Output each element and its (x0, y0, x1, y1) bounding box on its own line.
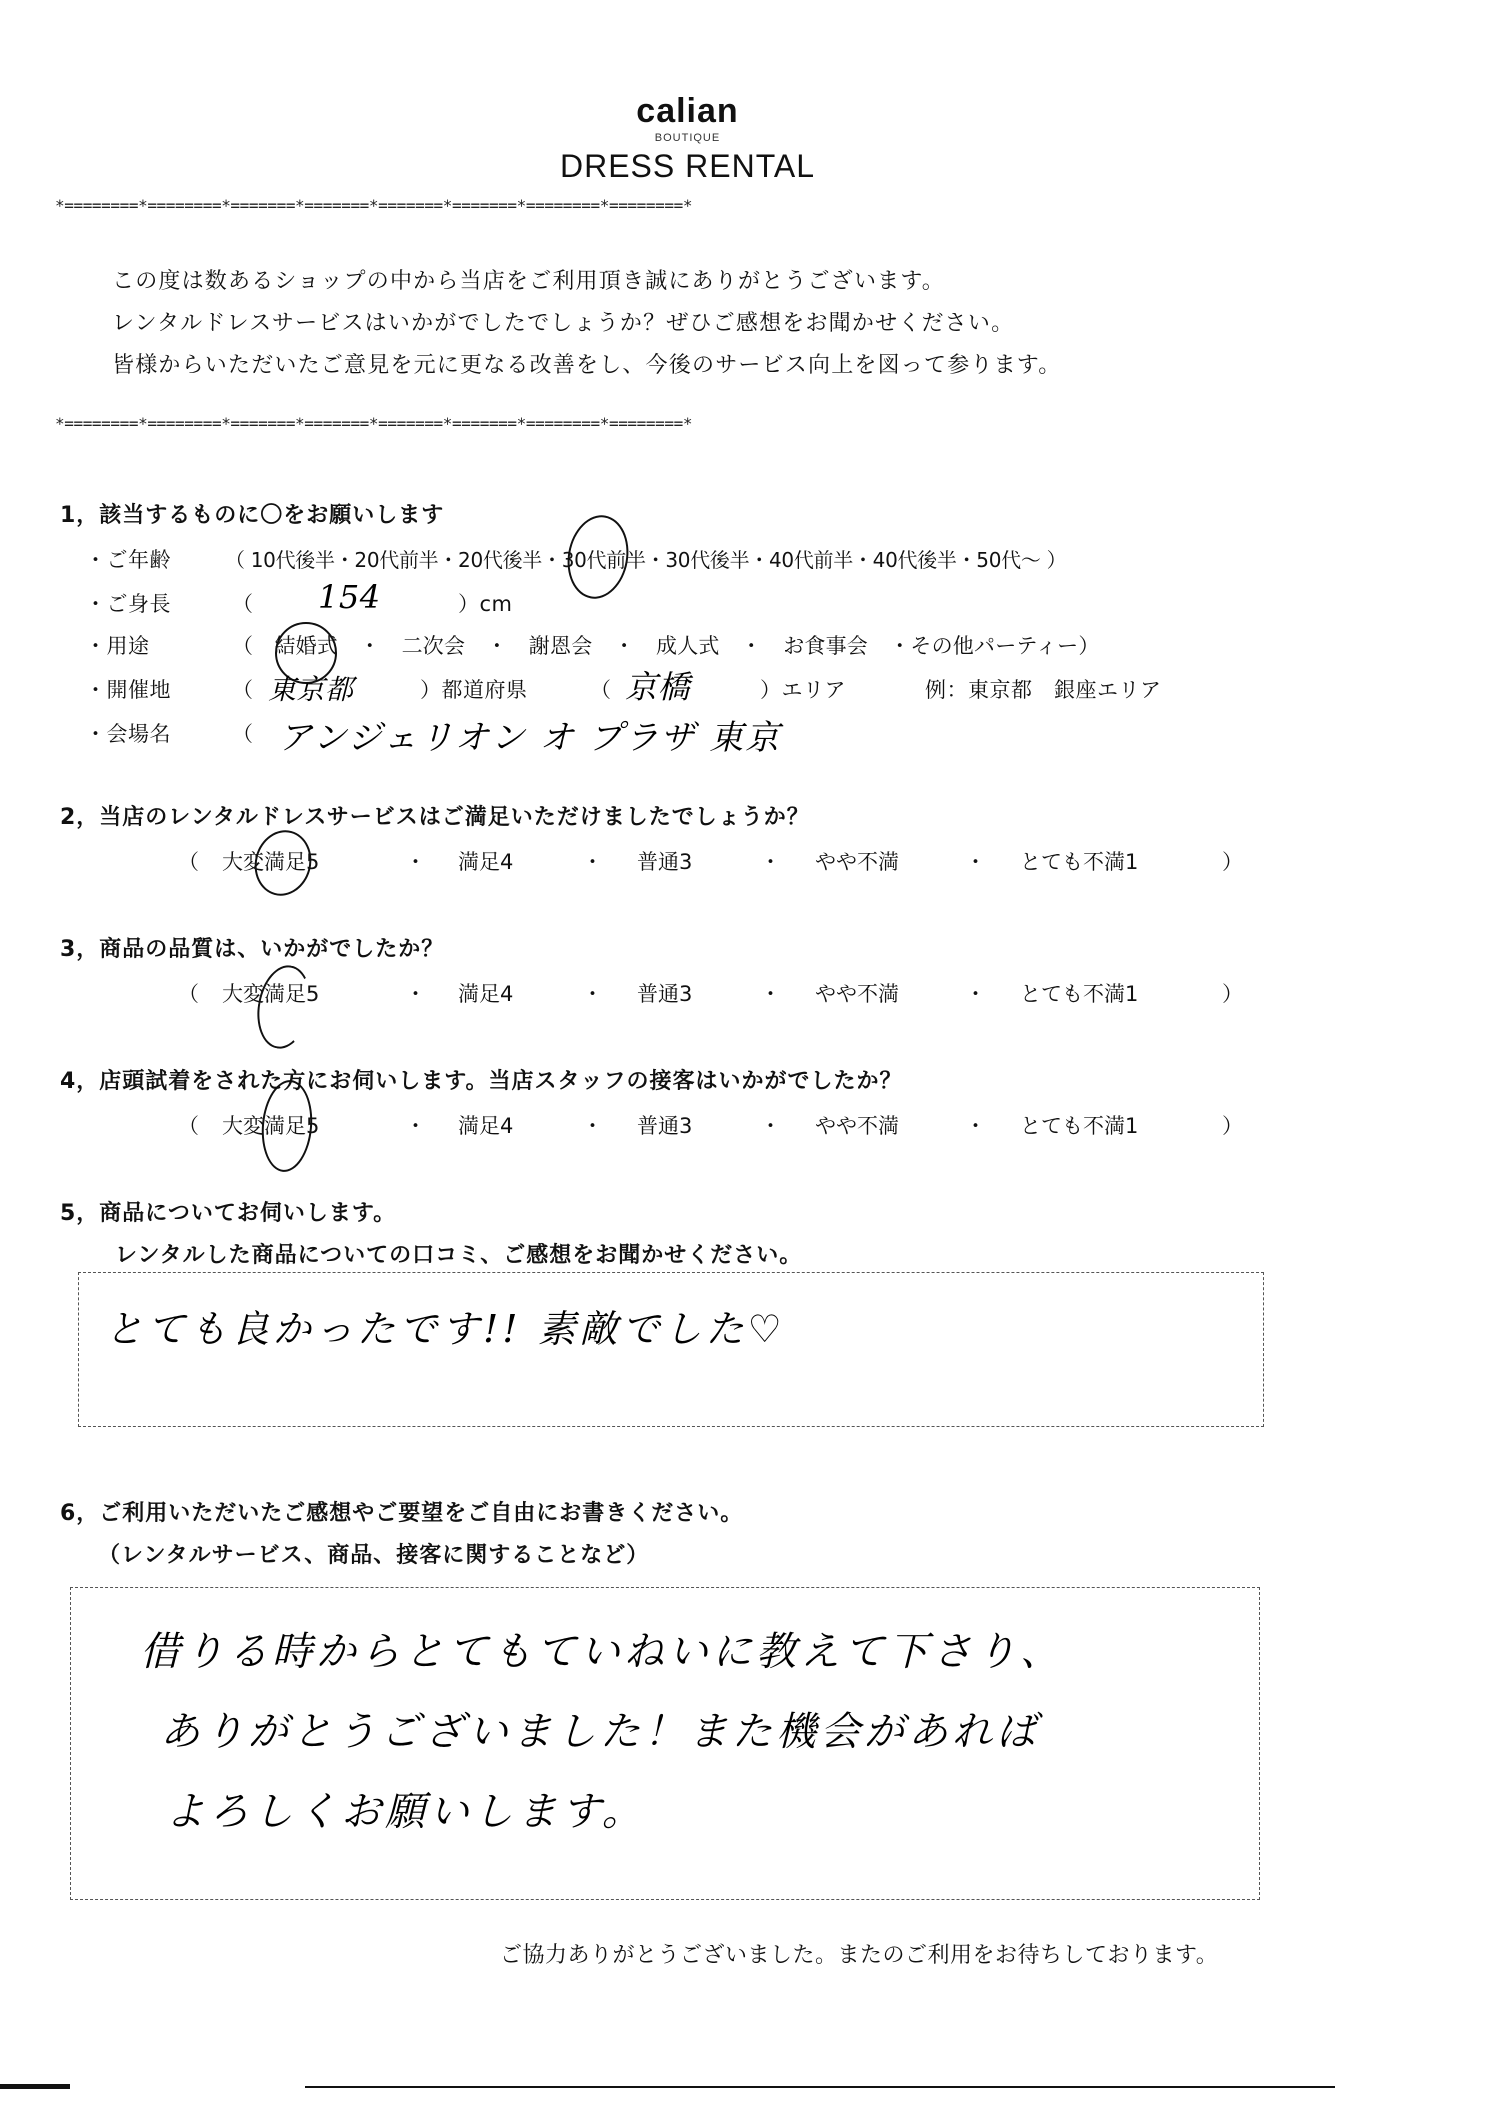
prefecture-suffix: ）都道府県 (420, 674, 528, 704)
rating-option-2[interactable]: やや不満 (815, 846, 899, 876)
age-label: ・ご年齢 (85, 544, 171, 574)
rating-option-1[interactable]: とても不満1 (1020, 978, 1138, 1008)
rating-option-2[interactable]: やや不満 (815, 978, 899, 1008)
intro-line-2: レンタルドレスサービスはいかがでしたでしょうか？ぜひご感想をお聞かせください。 (112, 306, 1014, 337)
rating-option-4[interactable]: 満足4 (458, 846, 513, 876)
purpose-options[interactable]: （ 結婚式 ・ 二次会 ・ 謝恩会 ・ 成人式 ・ お食事会 ・その他パーティー… (232, 630, 1100, 660)
q5-subtitle: レンタルした商品についての口コミ、ご感想をお聞かせください。 (115, 1238, 802, 1269)
q2-rating-row: （ 大変満足5 ・ 満足4 ・ 普通3 ・ やや不満 ・ とても不満1 ） (0, 846, 1500, 876)
brand-subtitle: BOUTIQUE (0, 132, 1375, 144)
q6-answer-line-2: ありがとうございました！また機会があれば (160, 1700, 1040, 1757)
scan-artifact-line (305, 2086, 1335, 2088)
q4-rating-row: （ 大変満足5 ・ 満足4 ・ 普通3 ・ やや不満 ・ とても不満1 ） (0, 1110, 1500, 1140)
rating-open-paren: （ (178, 1110, 199, 1140)
q3-rating-row: （ 大変満足5 ・ 満足4 ・ 普通3 ・ やや不満 ・ とても不満1 ） (0, 978, 1500, 1008)
rating-open-paren: （ (178, 846, 199, 876)
location-example: 例：東京都 銀座エリア (925, 674, 1162, 704)
area-value[interactable]: 京橋 (625, 662, 690, 708)
q2-selected-circle (247, 824, 318, 902)
height-label: ・ご身長 (85, 588, 171, 618)
rating-option-4[interactable]: 満足4 (458, 1110, 513, 1140)
height-open-paren: （ (232, 588, 254, 618)
separator: ・ (582, 846, 603, 876)
q6-answer-line-1: 借りる時からとてもていねいに教えて下さり、 (140, 1620, 1064, 1677)
q4-title: 4，店頭試着をされた方にお伺いします。当店スタッフの接客はいかがでしたか？ (60, 1064, 903, 1095)
separator: ・ (405, 1110, 426, 1140)
q6-subtitle: （レンタルサービス、商品、接客に関することなど） (98, 1538, 649, 1569)
scan-artifact (0, 2084, 70, 2089)
age-selected-circle (561, 510, 635, 603)
rating-close-paren: ） (1222, 978, 1243, 1008)
intro-line-1: この度は数あるショップの中から当店をご利用頂き誠にありがとうございます。 (112, 264, 945, 295)
q5-answer: とても良かったです!! 素敵でした♡ (105, 1298, 786, 1353)
location-open-paren: （ (232, 674, 254, 704)
height-value[interactable]: 154 (318, 578, 381, 616)
rating-option-3[interactable]: 普通3 (637, 978, 692, 1008)
area-open-paren: （ (590, 674, 612, 704)
divider-top: *========*========*=======*=======*=====… (55, 196, 1365, 215)
separator: ・ (405, 978, 426, 1008)
q1-title: 1，該当するものに〇をお願いします (60, 498, 444, 529)
q5-title: 5，商品についてお伺いします。 (60, 1196, 396, 1227)
rating-option-1[interactable]: とても不満1 (1020, 1110, 1138, 1140)
purpose-label: ・用途 (85, 630, 150, 660)
separator: ・ (965, 978, 986, 1008)
divider-bottom: *========*========*=======*=======*=====… (55, 414, 1365, 433)
footer-thanks: ご協力ありがとうございました。またのご利用をお待ちしております。 (500, 1938, 1218, 1969)
age-options[interactable]: （ 10代後半・20代前半・20代後半・30代前半・30代後半・40代前半・40… (225, 544, 1066, 573)
rating-option-3[interactable]: 普通3 (637, 846, 692, 876)
height-unit: ）cm (458, 588, 513, 618)
q6-title: 6，ご利用いただいたご感想やご要望をご自由にお書きください。 (60, 1496, 743, 1527)
intro-line-3: 皆様からいただいたご意見を元に更なる改善をし、今後のサービス向上を図って参ります… (112, 348, 1061, 379)
q3-title: 3，商品の品質は、いかがでしたか？ (60, 932, 444, 963)
venue-value[interactable]: アンジェリオン オ プラザ 東京 (278, 710, 781, 759)
q3-selected-circle (251, 961, 317, 1053)
rating-option-4[interactable]: 満足4 (458, 978, 513, 1008)
separator: ・ (760, 1110, 781, 1140)
separator: ・ (582, 1110, 603, 1140)
venue-label: ・会場名 (85, 718, 171, 748)
prefecture-value[interactable]: 東京都 (268, 668, 354, 708)
q2-title: 2，当店のレンタルドレスサービスはご満足いただけましたでしょうか？ (60, 800, 810, 831)
rating-open-paren: （ (178, 978, 199, 1008)
separator: ・ (405, 846, 426, 876)
rating-close-paren: ） (1222, 846, 1243, 876)
rating-close-paren: ） (1222, 1110, 1243, 1140)
q6-answer-line-3: よろしくお願いします。 (165, 1780, 646, 1837)
rating-option-2[interactable]: やや不満 (815, 1110, 899, 1140)
separator: ・ (582, 978, 603, 1008)
page-title: DRESS RENTAL (0, 148, 1375, 185)
separator: ・ (760, 846, 781, 876)
separator: ・ (965, 1110, 986, 1140)
brand-logo: calian (0, 92, 1375, 131)
rating-option-1[interactable]: とても不満1 (1020, 846, 1138, 876)
separator: ・ (760, 978, 781, 1008)
area-suffix: ）エリア (760, 674, 846, 704)
rating-option-3[interactable]: 普通3 (637, 1110, 692, 1140)
venue-open-paren: （ (232, 718, 254, 748)
location-label: ・開催地 (85, 674, 171, 704)
separator: ・ (965, 846, 986, 876)
